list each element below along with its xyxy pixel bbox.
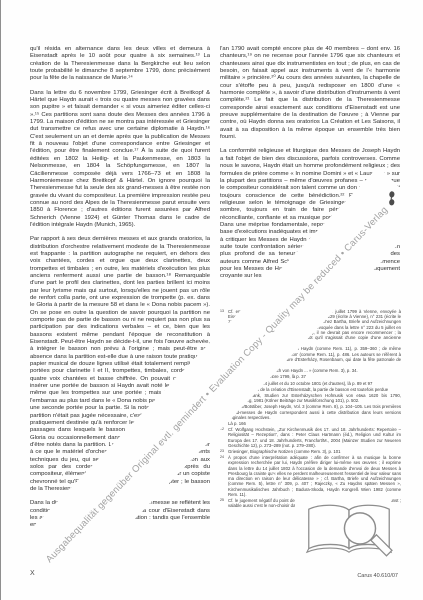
footnote-text: Cf. Pohl/Botstiber, Joseph Haydn, Vol. 3… [228, 404, 401, 419]
document-page: qu'il résida en alternance dans les deux… [0, 0, 423, 600]
footnote-text: Là p. 166 [228, 421, 246, 426]
footnote-item: 24À propos d'une interprétation adéquate… [220, 455, 401, 497]
body-paragraph: qu'il résida en alternance dans les deux… [30, 46, 210, 83]
footnote-text: À propos d'une interprétation adéquate :… [228, 455, 401, 496]
footnote-item: 21Là p. 166 [220, 421, 401, 426]
footnote-item: 23Griesinger, Biographische Notizen (com… [220, 449, 401, 454]
footnote-text: Griesinger, Biographische Notizen (comme… [228, 449, 341, 454]
footnote-number: 13 [220, 309, 226, 314]
open-book-magnifier-icon [303, 501, 395, 570]
body-paragraph: Dans la lettre du 6 novembre 1799, Gries… [30, 90, 210, 230]
footnote-number: 24 [220, 455, 226, 460]
footnote-text: Cf. Wolfgang Hochstein, „Zur Kirchenmusi… [228, 427, 401, 448]
catalog-number: Carus 40.610/07 [357, 573, 398, 579]
page-number: X [30, 570, 35, 577]
footnote-number: 23 [220, 449, 226, 454]
body-paragraph: l'an 1790 avait compté encore plus de 40… [220, 46, 400, 141]
footnote-number: 25 [220, 498, 226, 503]
footnote-item: 22Cf. Wolfgang Hochstein, „Zur Kirchenmu… [220, 427, 401, 448]
footnote-item: 20Cf. Pohl/Botstiber, Joseph Haydn, Vol.… [220, 404, 401, 420]
